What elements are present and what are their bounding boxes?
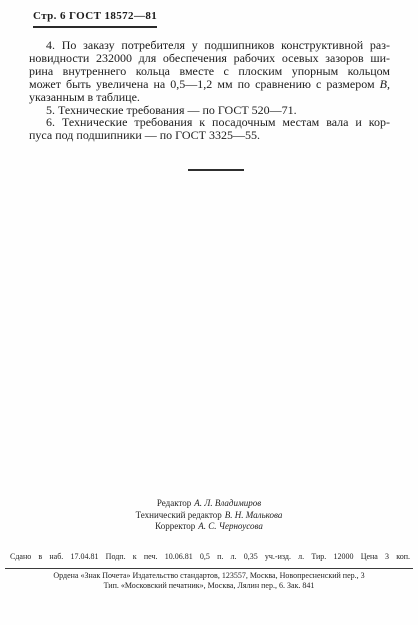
editor-line: РедакторА. Л. Владимиров [0, 498, 418, 510]
editor-name: В. Н. Малькова [225, 510, 283, 520]
imprint-line: Сдано в наб. 17.04.81 Подп. к печ. 10.06… [10, 552, 410, 562]
colophon-divider [5, 568, 413, 569]
editor-role: Редактор [157, 498, 191, 508]
paragraph-4-line: может быть увеличена на 0,5—1,2 мм по ср… [29, 78, 390, 91]
paragraph-4-line: 4. По заказу потребителя у подшипников к… [29, 39, 390, 52]
document-page: Стр. 6 ГОСТ 18572—81 4. По заказу потреб… [0, 0, 418, 625]
section-divider [188, 169, 244, 171]
paragraph-4-line: новидности 232000 для обеспечения рабочи… [29, 52, 390, 65]
editor-name: А. С. Черноусова [198, 521, 263, 531]
body-text: 4. По заказу потребителя у подшипников к… [29, 39, 390, 142]
editor-role: Корректор [155, 521, 195, 531]
paragraph-4-line: указанным в таблице. [29, 91, 390, 104]
page-header-text: Стр. 6 ГОСТ 18572—81 [33, 10, 157, 22]
editor-role: Технический редактор [136, 510, 222, 520]
publisher-line: Тип. «Московский печатник», Москва, Ляли… [6, 581, 412, 591]
editors-block: РедакторА. Л. Владимиров Технический ред… [0, 498, 418, 533]
editor-line: КорректорА. С. Черноусова [0, 521, 418, 533]
paragraph-6-line: пуса под подшипники — по ГОСТ 3325—55. [29, 129, 390, 142]
editor-name: А. Л. Владимиров [194, 498, 261, 508]
editor-line: Технический редакторВ. Н. Малькова [0, 510, 418, 522]
publisher-block: Ордена «Знак Почета» Издательство станда… [6, 571, 412, 590]
italic-dimension-B: В, [380, 77, 390, 91]
page-header: Стр. 6 ГОСТ 18572—81 [33, 10, 157, 28]
publisher-line: Ордена «Знак Почета» Издательство станда… [6, 571, 412, 581]
